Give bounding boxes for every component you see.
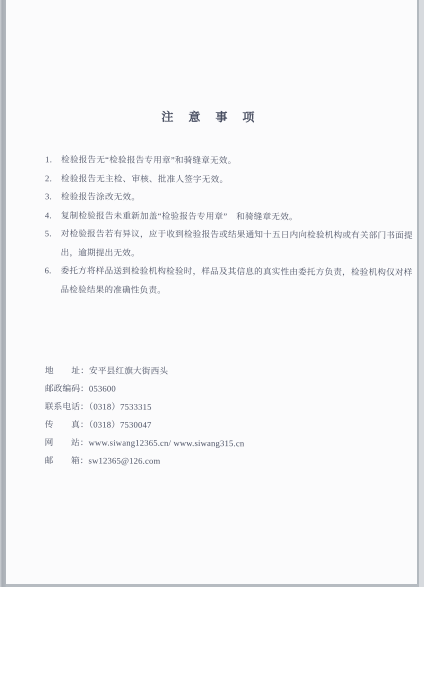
note-text: 复制检验报告未重新加盖“检验报告专用章” 和骑缝章无效。 bbox=[61, 206, 417, 226]
contact-label: 网 站： bbox=[45, 437, 89, 447]
note-text: 检验报告涂改无效。 bbox=[61, 187, 417, 207]
page-bottom-edge bbox=[6, 584, 419, 587]
note-item: 3. 检验报告涂改无效。 bbox=[45, 187, 417, 207]
note-text: 对检验报告若有异议，应于收到检验报告或结果通知十五日内向检验机构或有关部门书面提… bbox=[61, 224, 417, 263]
note-item: 4. 复制检验报告未重新加盖“检验报告专用章” 和骑缝章无效。 bbox=[45, 206, 417, 226]
note-item: 1. 检验报告无“检验报告专用章”和骑缝章无效。 bbox=[45, 150, 417, 170]
note-text: 检验报告无“检验报告专用章”和骑缝章无效。 bbox=[61, 150, 417, 170]
contact-label: 邮 箱： bbox=[45, 455, 89, 465]
document-content: 注 意 事 项 1. 检验报告无“检验报告专用章”和骑缝章无效。 2. 检验报告… bbox=[4, 0, 417, 471]
contact-value: sw12365@126.com bbox=[89, 455, 161, 465]
contact-fax: 传 真：（0318）7530047 bbox=[45, 415, 415, 435]
note-number: 2. bbox=[45, 169, 61, 188]
contact-postcode: 邮政编码：053600 bbox=[45, 379, 415, 399]
contact-label: 传 真： bbox=[45, 419, 89, 429]
note-item: 5. 对检验报告若有异议，应于收到检验报告或结果通知十五日内向检验机构或有关部门… bbox=[45, 224, 417, 263]
contact-value: www.siwang12365.cn/ www.siwang315.cn bbox=[89, 437, 245, 448]
note-number: 5. bbox=[45, 224, 61, 243]
note-number: 3. bbox=[45, 187, 61, 206]
contact-phone: 联系电话：（0318）7533315 bbox=[45, 397, 415, 417]
contact-address: 地 址：安平县红旗大街西头 bbox=[45, 361, 415, 381]
contact-value: （0318）7530047 bbox=[89, 419, 152, 429]
contact-label: 地 址： bbox=[45, 365, 89, 375]
contact-value: 053600 bbox=[89, 383, 116, 393]
contact-value: （0318）7533315 bbox=[89, 401, 152, 411]
notes-list: 1. 检验报告无“检验报告专用章”和骑缝章无效。 2. 检验报告无主检、审核、批… bbox=[4, 150, 417, 300]
page-title: 注 意 事 项 bbox=[5, 0, 417, 126]
contact-label: 联系电话： bbox=[45, 401, 89, 411]
contact-info-block: 地 址：安平县红旗大街西头 邮政编码：053600 联系电话：（0318）753… bbox=[4, 361, 416, 471]
note-text: 检验报告无主检、审核、批准人签字无效。 bbox=[61, 169, 417, 189]
note-number: 6. bbox=[45, 261, 61, 280]
note-text: 委托方将样品送到检验机构检验时，样品及其信息的真实性由委托方负责，检验机构仅对样… bbox=[60, 261, 416, 300]
contact-email: 邮 箱：sw12365@126.com bbox=[45, 451, 415, 471]
note-number: 4. bbox=[45, 206, 61, 225]
contact-value: 安平县红旗大街西头 bbox=[89, 365, 168, 375]
note-number: 1. bbox=[45, 150, 61, 169]
contact-website: 网 站：www.siwang12365.cn/ www.siwang315.cn bbox=[45, 433, 415, 453]
page-right-edge bbox=[417, 0, 424, 587]
note-item: 6. 委托方将样品送到检验机构检验时，样品及其信息的真实性由委托方负责，检验机构… bbox=[44, 261, 416, 300]
contact-label: 邮政编码： bbox=[45, 383, 89, 393]
scanned-document-page: 注 意 事 项 1. 检验报告无“检验报告专用章”和骑缝章无效。 2. 检验报告… bbox=[0, 0, 424, 587]
note-item: 2. 检验报告无主检、审核、批准人签字无效。 bbox=[45, 169, 417, 189]
